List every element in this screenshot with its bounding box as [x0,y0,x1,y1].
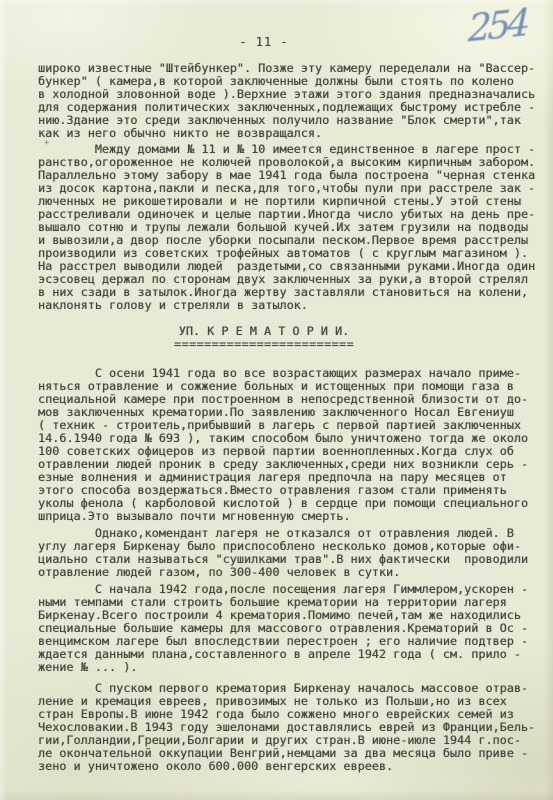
text-line: жение № ... ). [38,661,545,674]
section-heading-underline: ======================== [38,338,490,351]
paragraph: С начала 1942 года,после посещения лагер… [38,583,545,674]
paragraph: С пуском первого крематория Биркенау нач… [38,682,545,773]
paragraph: С осени 1941 года во все возрастающих ра… [38,367,545,523]
paragraph: Между домами № 11 и № 10 имеется единств… [38,143,545,312]
text-line: как из него обычно никто не возвращался. [38,127,545,140]
text-line: шприца.Это вызывало почти мгновенную сме… [38,510,545,523]
handwritten-page-number: 254 [468,3,528,49]
document-body: широко известные "Штейбункер". Позже эту… [38,62,545,773]
paragraph: Однако,комендант лагеря не отказался от … [38,527,545,579]
text-line: зено и уничтожено около 600.000 венгерск… [38,760,545,773]
paragraph: широко известные "Штейбункер". Позже эту… [38,62,545,140]
text-line: наклонять голову и стреляли в затылок. [38,299,545,312]
section-heading: УП. К Р Е М А Т О Р И И.================… [38,325,490,351]
page-number: - 11 - [38,36,490,49]
margin-mark: + [44,138,49,148]
text-line: отравление людей газом, по 300-400 челов… [38,566,545,579]
scanned-document-page: 254 + - 11 - широко известные "Штейбунке… [0,0,553,800]
